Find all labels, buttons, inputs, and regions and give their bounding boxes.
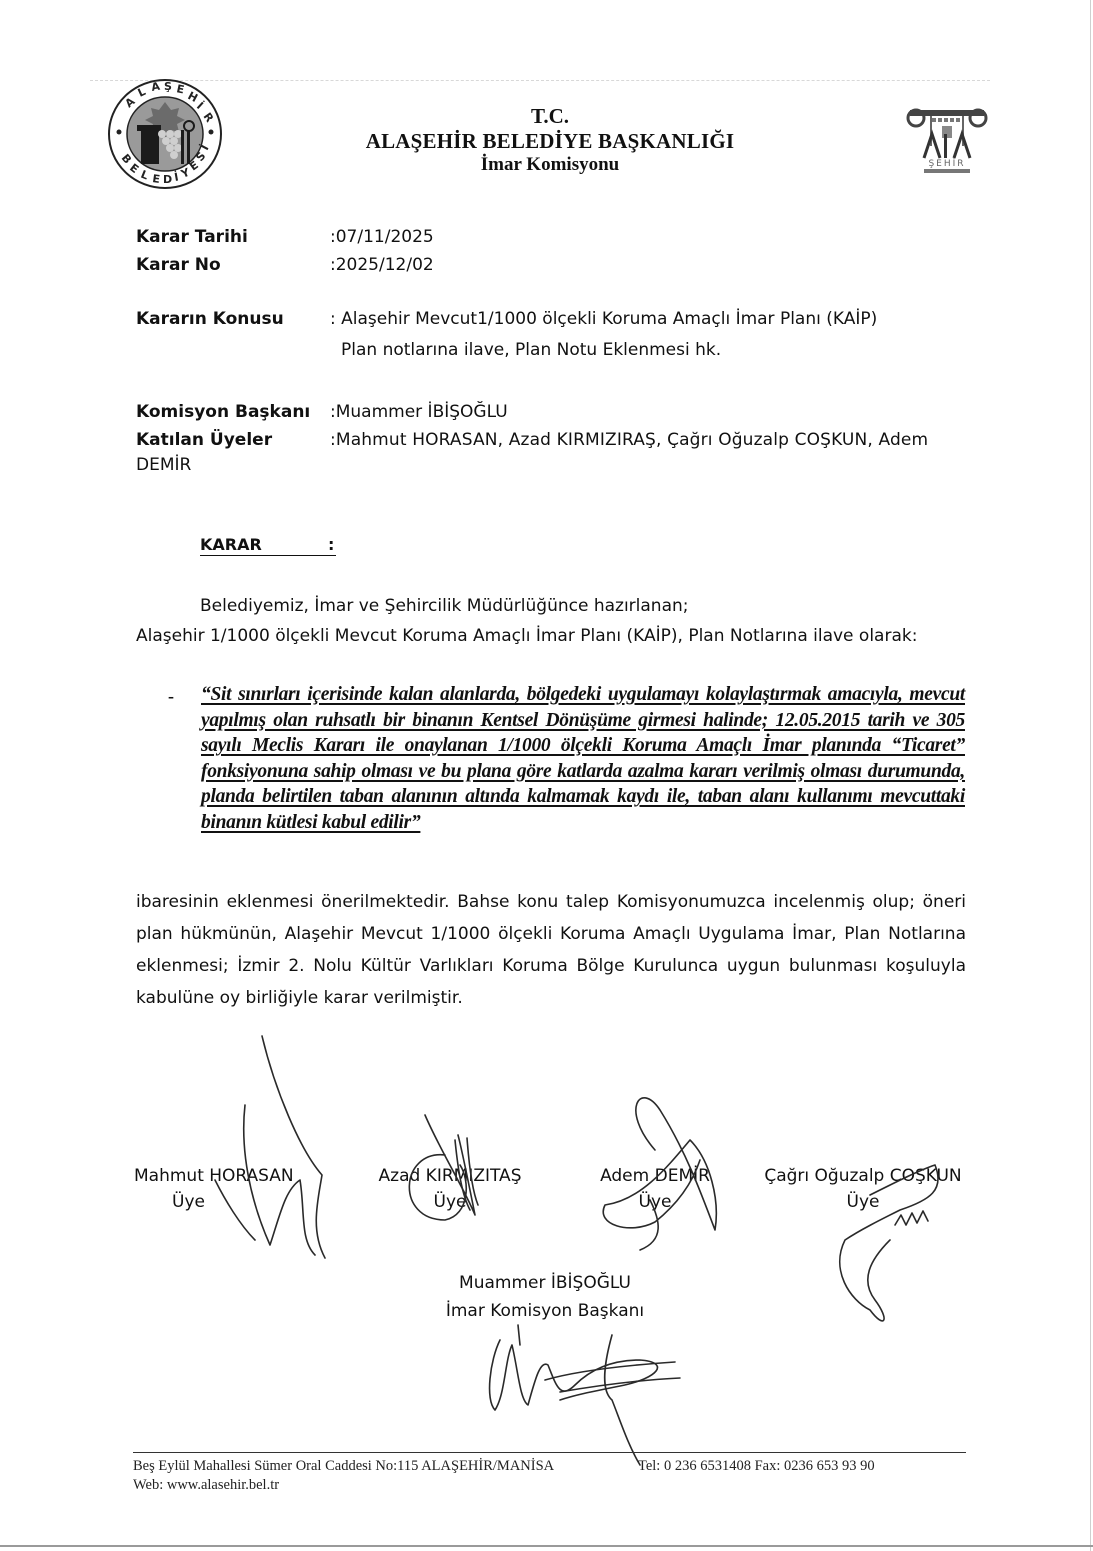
chair-name: Muammer İBİŞOĞLU (430, 1270, 660, 1296)
conclusion-paragraph: ibaresinin eklenmesi önerilmektedir. Bah… (136, 886, 966, 1014)
decision-date-value: :07/11/2025 (330, 227, 434, 247)
members-label: Katılan Üyeler (136, 430, 272, 450)
department-name: İmar Komisyonu (300, 153, 800, 177)
chair-label: Komisyon Başkanı (136, 402, 310, 422)
bullet-dash: - (168, 686, 174, 707)
subject-line-1: : Alaşehir Mevcut1/1000 ölçekli Koruma A… (330, 309, 877, 329)
intro-line-1: Belediyemiz, İmar ve Şehircilik Müdürlüğ… (200, 590, 960, 622)
footer-address: Beş Eylül Mahallesi Sümer Oral Caddesi N… (133, 1457, 554, 1476)
member-4-name: Çağrı Oğuzalp COŞKUN (758, 1163, 968, 1189)
decision-heading: KARAR (200, 535, 262, 554)
member-2-name: Azad KIRMIZITAŞ (370, 1163, 530, 1189)
member-3-role: Üye (590, 1189, 720, 1215)
letterhead: T.C. ALAŞEHİR BELEDİYE BAŞKANLIĞI İmar K… (300, 104, 800, 177)
chair-role: İmar Komisyon Başkanı (430, 1298, 660, 1324)
subject-line-2: Plan notlarına ilave, Plan Notu Eklenmes… (341, 340, 721, 360)
member-2-role: Üye (370, 1189, 530, 1215)
organization-name: ALAŞEHİR BELEDİYE BAŞKANLIĞI (300, 129, 800, 153)
footer-web[interactable]: Web: www.alasehir.bel.tr (133, 1476, 554, 1495)
document-page: A L A Ş E H İ R B E L E D İ Y E S İ T.C.… (0, 0, 1093, 1551)
decision-number-value: :2025/12/02 (330, 255, 434, 275)
signature-member-3: Adem DEMİR Üye (590, 1163, 720, 1215)
member-1-role: Üye (134, 1189, 314, 1215)
plan-note-quote: “Sit sınırları içerisinde kalan alanlard… (201, 682, 965, 835)
signature-member-1: Mahmut HORASAN Üye (134, 1163, 314, 1215)
decision-date-label: Karar Tarihi (136, 227, 248, 247)
svg-text:Ş: Ş (164, 80, 172, 93)
alasehir-column-logo-icon: ŞEHİR (902, 100, 992, 175)
signature-member-2: Azad KIRMIZITAŞ Üye (370, 1163, 530, 1215)
chair-value: :Muammer İBİŞOĞLU (330, 402, 508, 422)
members-value: :Mahmut HORASAN, Azad KIRMIZIRAŞ, Çağrı … (330, 430, 928, 450)
footer-contact: Beş Eylül Mahallesi Sümer Oral Caddesi N… (133, 1457, 554, 1495)
subject-label: Kararın Konusu (136, 309, 284, 329)
country-code: T.C. (300, 104, 800, 129)
municipality-seal-icon: A L A Ş E H İ R B E L E D İ Y E S İ (107, 78, 223, 190)
member-3-name: Adem DEMİR (590, 1163, 720, 1189)
footer-phone-fax: Tel: 0 236 6531408 Fax: 0236 653 93 90 (638, 1457, 875, 1476)
svg-text:ŞEHİR: ŞEHİR (928, 158, 965, 169)
decision-number-label: Karar No (136, 255, 221, 275)
signature-chair: Muammer İBİŞOĞLU İmar Komisyon Başkanı (430, 1270, 660, 1324)
scan-edge-right (1090, 0, 1091, 1551)
decision-heading-colon: : (328, 535, 334, 554)
member-1-name: Mahmut HORASAN (134, 1163, 314, 1189)
member-4-role: Üye (758, 1189, 968, 1215)
scan-artifact-line (90, 80, 990, 82)
signature-member-4: Çağrı Oğuzalp COŞKUN Üye (758, 1163, 968, 1215)
members-value-continued: DEMİR (136, 455, 191, 475)
footer-divider (133, 1452, 966, 1453)
scan-edge-bottom (0, 1545, 1093, 1547)
intro-line-2: Alaşehir 1/1000 ölçekli Mevcut Koruma Am… (136, 620, 966, 652)
decision-heading-underline (200, 555, 336, 556)
svg-text:D: D (163, 173, 172, 186)
